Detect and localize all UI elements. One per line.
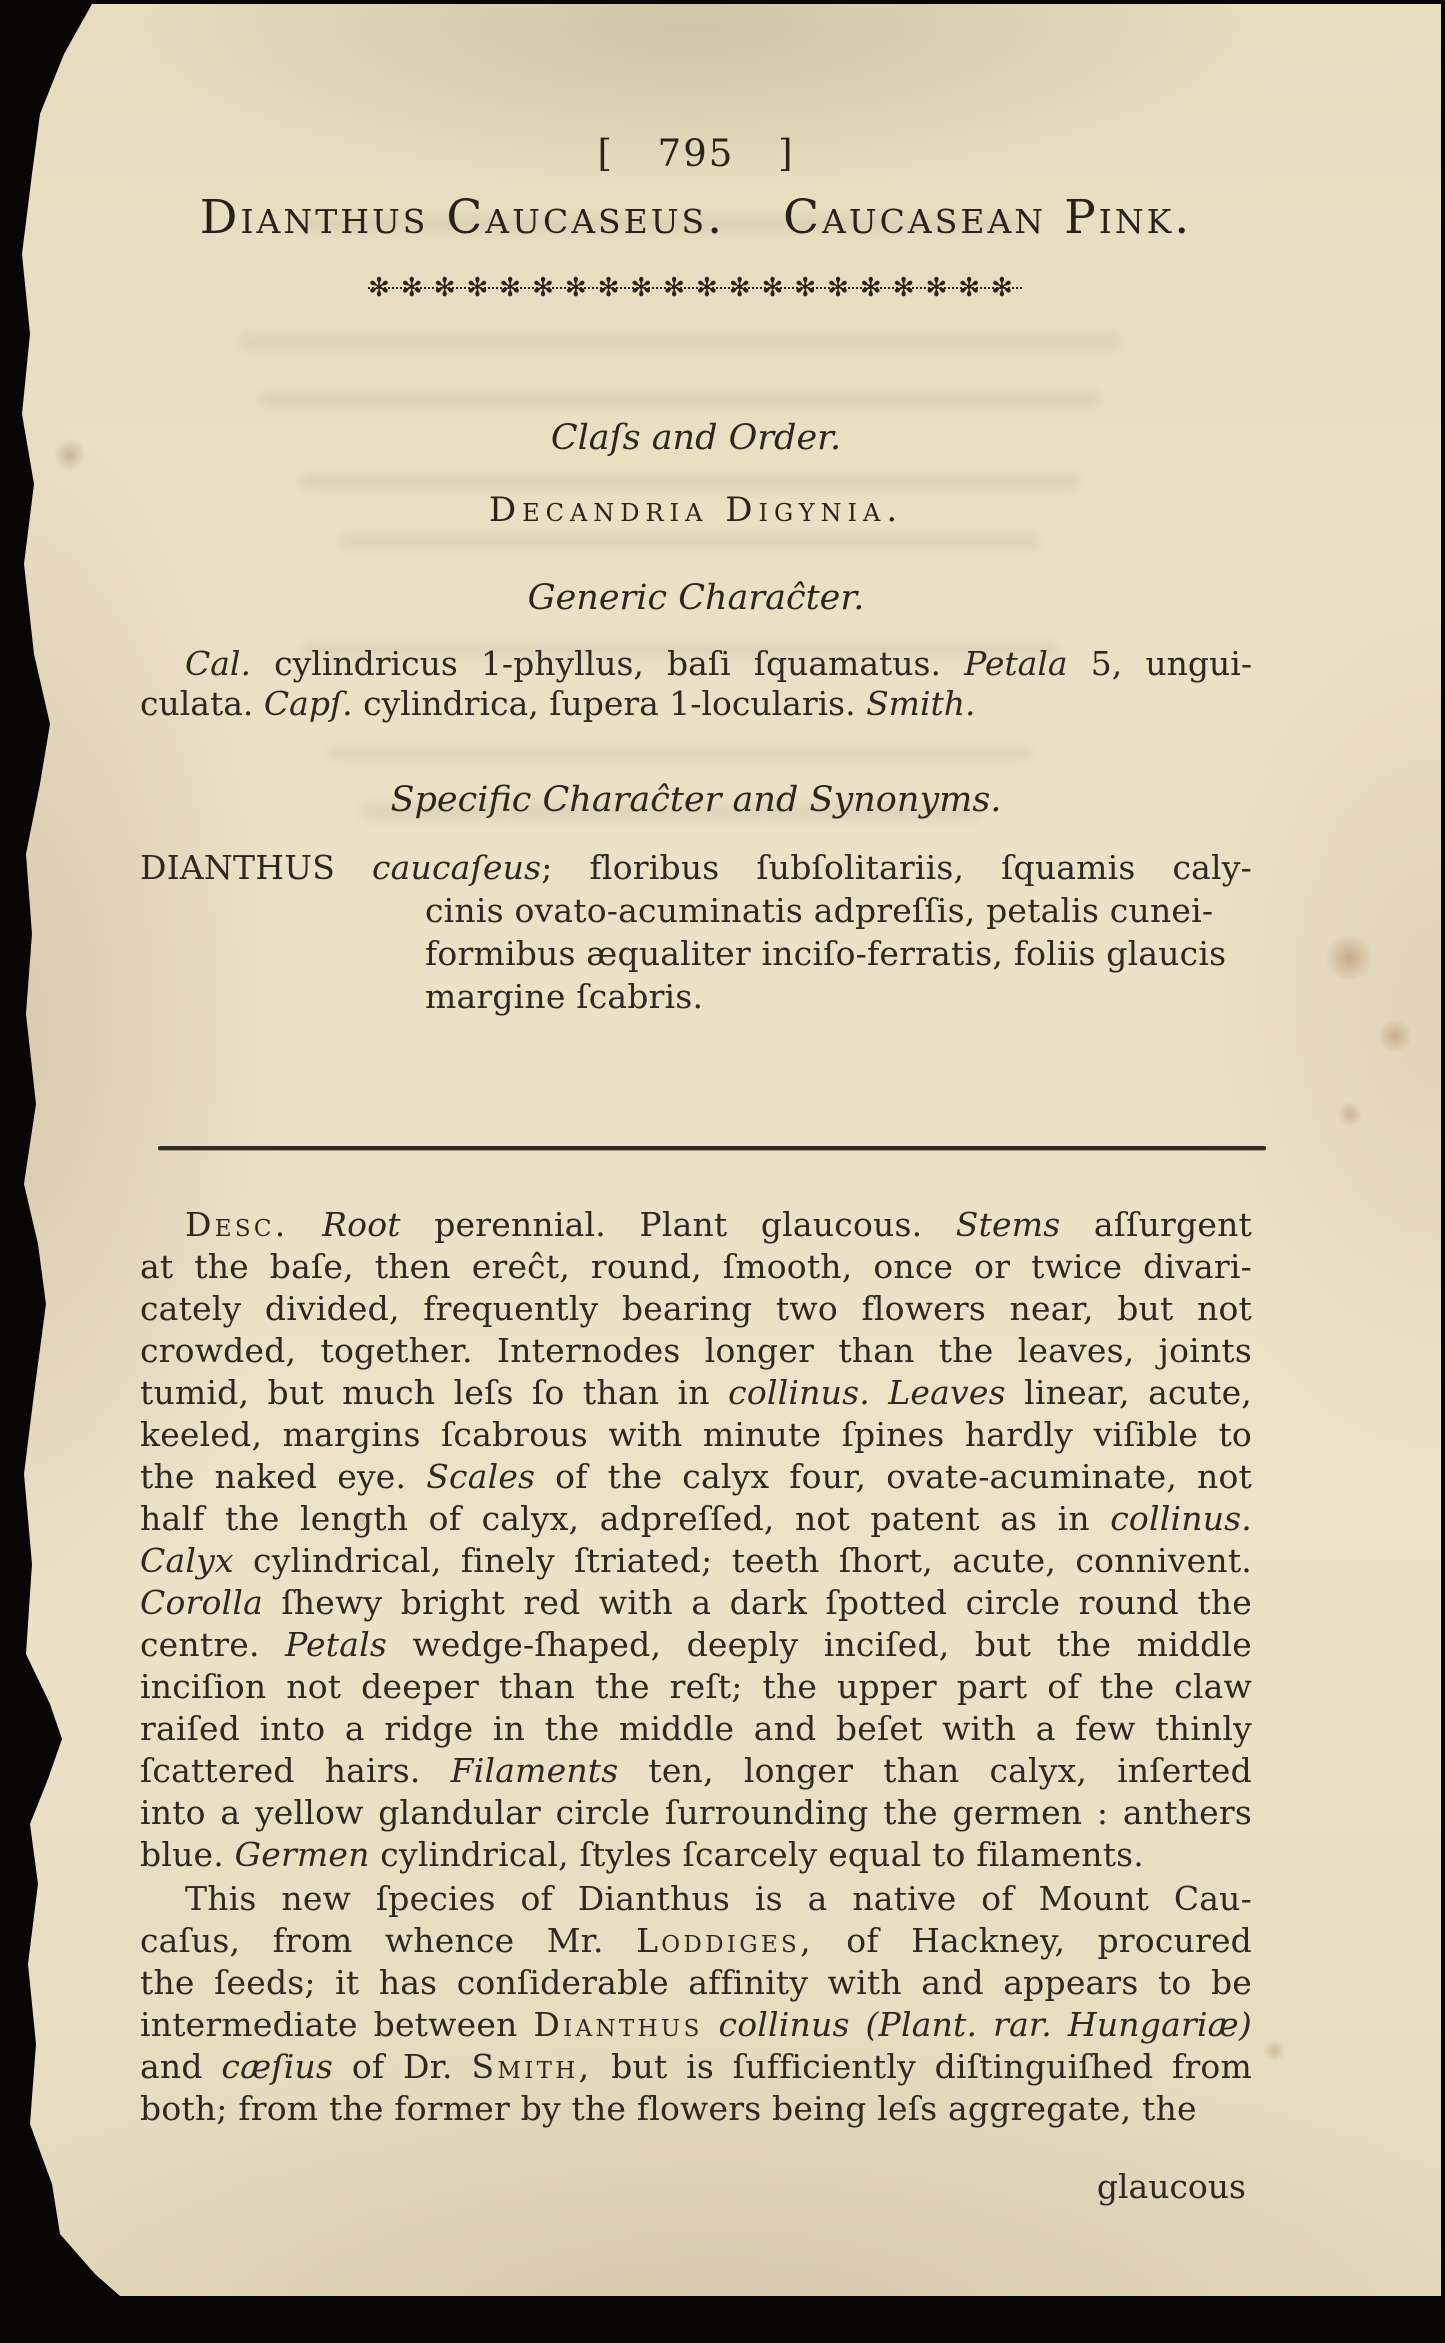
foxing-stain bbox=[52, 440, 88, 470]
text-line: blue. Germen cylindrical, ſtyles ſcarcel… bbox=[140, 1834, 1252, 1876]
specific-character-text: DIANTHUS caucaſeus; floribus ſubſolitari… bbox=[140, 846, 1252, 1018]
heading-specific-character: Specific Charaĉter and Synonyms. bbox=[140, 780, 1252, 820]
horizontal-rule bbox=[158, 1146, 1266, 1150]
paper-sheet: [ 795 ] Dianthus Caucaseus. Caucasean Pi… bbox=[0, 4, 1441, 2296]
text-line: Desc. Root perennial. Plant glaucous. St… bbox=[140, 1204, 1252, 1246]
title-english: Caucasean Pink. bbox=[783, 192, 1192, 244]
text-line: into a yellow glandular circle ſurroundi… bbox=[140, 1792, 1252, 1834]
text-line: centre. Petals wedge-ſhaped, deeply inci… bbox=[140, 1624, 1252, 1666]
text-line: ſcattered hairs. Filaments ten, longer t… bbox=[140, 1750, 1252, 1792]
text-line: Cal. cylindricus 1-phyllus, baſi ſquamat… bbox=[140, 644, 1252, 684]
text-line: keeled, margins ſcabrous with minute ſpi… bbox=[140, 1414, 1252, 1456]
title-latin: Dianthus Caucaseus. bbox=[200, 192, 725, 244]
text-line: raiſed into a ridge in the middle and be… bbox=[140, 1708, 1252, 1750]
page-title: Dianthus Caucaseus. Caucasean Pink. bbox=[140, 192, 1252, 244]
text-line: at the baſe, then ereĉt, round, ſmooth, … bbox=[140, 1246, 1252, 1288]
text-line: tumid, but much leſs ſo than in collinus… bbox=[140, 1372, 1252, 1414]
foxing-stain bbox=[1262, 2040, 1286, 2062]
text-line: both; from the former by the flowers bei… bbox=[140, 2088, 1252, 2130]
catchword: glaucous bbox=[140, 2166, 1252, 2208]
description-paragraph: Desc. Root perennial. Plant glaucous. St… bbox=[140, 1204, 1252, 1876]
class-order-value: Decandria Digynia. bbox=[140, 490, 1252, 530]
text-column: [ 795 ] Dianthus Caucaseus. Caucasean Pi… bbox=[140, 4, 1252, 2208]
text-line: culata. Capſ. cylindrica, ſupera 1-locul… bbox=[140, 684, 1252, 724]
scanned-book-page: { "page": { "number_display": "[ 795 ]" … bbox=[0, 0, 1445, 2343]
text-line: cately divided, frequently bearing two f… bbox=[140, 1288, 1252, 1330]
foxing-stain bbox=[1336, 1102, 1364, 1126]
generic-character-text: Cal. cylindricus 1-phyllus, baſi ſquamat… bbox=[140, 644, 1252, 724]
text-line: formibus æqualiter inciſo-ferratis, foli… bbox=[425, 932, 1252, 975]
text-line: and cæſius of Dr. Smith, but is ſufficie… bbox=[140, 2046, 1252, 2088]
text-line: inciſion not deeper than the reſt; the u… bbox=[140, 1666, 1252, 1708]
heading-generic-character: Generic Charaĉter. bbox=[140, 578, 1252, 618]
heading-class-and-order: Claſs and Order. bbox=[140, 418, 1252, 458]
ornament-row: ✻✻✻✻✻✻✻✻✻✻✻✻✻✻✻✻✻✻✻✻ bbox=[140, 268, 1252, 308]
text-line: DIANTHUS caucaſeus; floribus ſubſolitari… bbox=[425, 846, 1252, 889]
text-line: the ſeeds; it has conſiderable affinity … bbox=[140, 1962, 1252, 2004]
text-line: crowded, together. Internodes longer tha… bbox=[140, 1330, 1252, 1372]
page-number: [ 795 ] bbox=[140, 132, 1252, 176]
text-line: cinis ovato-acuminatis adpreſſis, petali… bbox=[425, 889, 1252, 932]
text-line: Corolla ſhewy bright red with a dark ſpo… bbox=[140, 1582, 1252, 1624]
text-line: caſus, from whence Mr. Loddiges, of Hack… bbox=[140, 1920, 1252, 1962]
text-line: Calyx cylindrical, finely ſtriated; teet… bbox=[140, 1540, 1252, 1582]
text-line: This new ſpecies of Dianthus is a native… bbox=[140, 1878, 1252, 1920]
text-line: half the length of calyx, adpreſſed, not… bbox=[140, 1498, 1252, 1540]
foxing-stain bbox=[1376, 1020, 1414, 1052]
foxing-stain bbox=[1322, 936, 1376, 980]
text-line: intermediate between Dianthus collinus (… bbox=[140, 2004, 1252, 2046]
discussion-paragraph: This new ſpecies of Dianthus is a native… bbox=[140, 1878, 1252, 2130]
text-line: the naked eye. Scales of the calyx four,… bbox=[140, 1456, 1252, 1498]
text-line: margine ſcabris. bbox=[425, 975, 1252, 1018]
